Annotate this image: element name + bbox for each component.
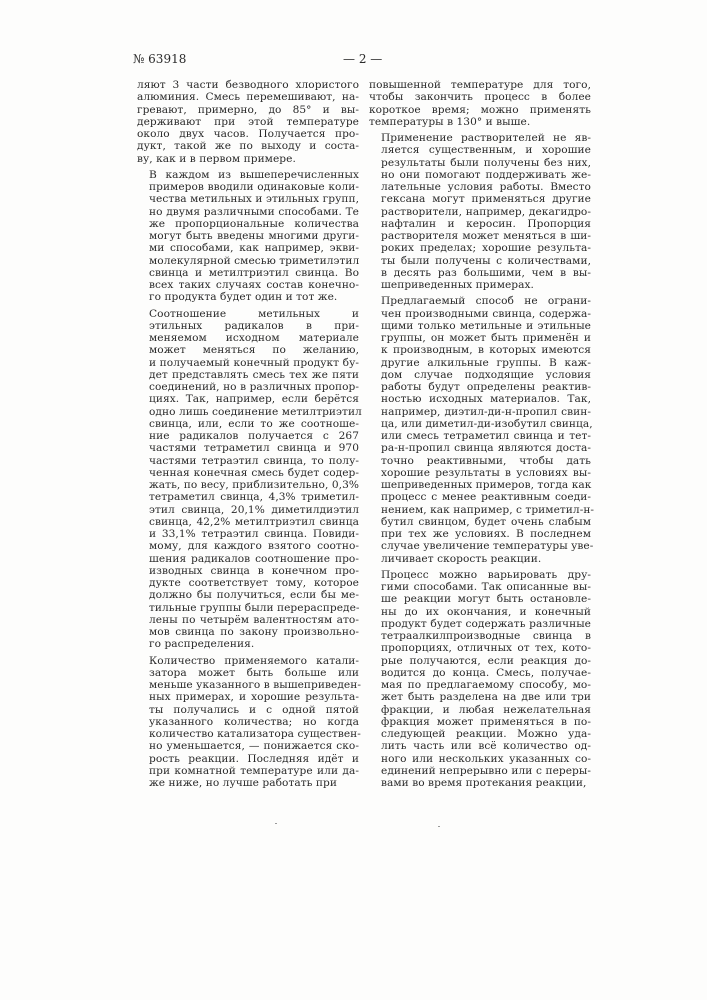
text-line: тильные группы были перераспреде- (137, 602, 359, 614)
text-line: свинца, 42,2% метилтриэтил свинца (137, 516, 359, 528)
text-line: Предлагаемый способ не ограни- (369, 295, 591, 307)
text-line: щими только метильные и этильные (369, 320, 591, 332)
text-line: частями тетраметил свинца и 970 (137, 442, 359, 454)
text-line: продукт будет содержать различные (369, 618, 591, 630)
text-line: тетраалкилпроизводные свинца в (369, 630, 591, 642)
text-line: дукте соответствует тому, которое (137, 577, 359, 589)
text-line: дет представлять смесь тех же пяти (137, 369, 359, 381)
text-line: но они помогают поддерживать же- (369, 169, 591, 181)
text-line: случае увеличение температуры уве- (369, 540, 591, 552)
text-line: личивает скорость реакции. (369, 553, 591, 565)
text-line: к производным, в которых имеются (369, 344, 591, 356)
text-line: мая по предлагаемому способу, мо- (369, 679, 591, 691)
text-line: работы будут определены реактив- (369, 381, 591, 393)
text-line: процесс с менее реактивным соеди- (369, 491, 591, 503)
text-line: меняемом исходном материале (137, 332, 359, 344)
paragraph: ляют 3 части безводного хлористогоалюмин… (137, 79, 359, 165)
text-line: ны до их окончания, и конечный (369, 606, 591, 618)
text-line: могут быть введены многими други- (137, 230, 359, 242)
text-line: ву, как и в первом примере. (137, 153, 359, 165)
text-line: температуры в 130° и выше. (369, 116, 591, 128)
scan-speck (275, 823, 277, 824)
text-line: количество катализатора существен- (137, 728, 359, 740)
text-line: этил свинца, 20,1% диметилдиэтил (137, 504, 359, 516)
document-page: № 63918 — 2 — ляют 3 части безводного хл… (0, 0, 707, 1000)
text-line: ми способами, как например, экви- (137, 242, 359, 254)
paragraph: Количество применяемого катали-затора мо… (137, 655, 359, 790)
text-line: нением, как например, с триметил-н- (369, 504, 591, 516)
text-line: же пропорциональные количества (137, 218, 359, 230)
text-line: затора может быть больше или (137, 667, 359, 679)
text-line: единений непрерывно или с переры- (369, 765, 591, 777)
text-line: фракция может применяться в по- (369, 716, 591, 728)
paragraph: В каждом из вышеперечисленныхпримеров вв… (137, 169, 359, 304)
text-line: ние радикалов получается с 267 (137, 430, 359, 442)
text-line: бутил свинцом, будет очень слабым (369, 516, 591, 528)
text-line: частями тетраэтил свинца, то полу- (137, 455, 359, 467)
page-number: — 2 — (343, 52, 382, 66)
text-line: лательные условия работы. Вместо (369, 181, 591, 193)
text-line: нафталин и керосин. Пропорция (369, 218, 591, 230)
text-line: чества метильных и этильных групп, (137, 193, 359, 205)
paragraph: Процесс можно варьировать дру-гими спосо… (369, 569, 591, 790)
text-line: молекулярной смесью триметилэтил (137, 255, 359, 267)
text-line: но уменьшается, — понижается ско- (137, 740, 359, 752)
text-line: Соотношение метильных и (137, 308, 359, 320)
text-line: должно бы получиться, если бы ме- (137, 589, 359, 601)
text-line: чен производными свинца, содержа- (369, 308, 591, 320)
text-line: мов свинца по закону произвольно- (137, 626, 359, 638)
paragraph: Предлагаемый способ не ограни-чен произв… (369, 295, 591, 565)
text-line: ляется существенным, и хорошие (369, 144, 591, 156)
text-line: гими способами. Так описанные вы- (369, 581, 591, 593)
text-line: шеприведенных примеров, тогда как (369, 479, 591, 491)
text-line: точно реактивными, чтобы дать (369, 455, 591, 467)
text-line: например, диэтил-ди-н-пропил свин- (369, 406, 591, 418)
text-line: примеров вводили одинаковые коли- (137, 181, 359, 193)
text-line: одно лишь соединение метилтриэтил (137, 406, 359, 418)
text-line: меньше указанного в вышеприведен- (137, 679, 359, 691)
text-line: ше реакции могут быть остановле- (369, 593, 591, 605)
text-line: другие алкильные группы. В каж- (369, 357, 591, 369)
text-line: гексана могут применяться другие (369, 193, 591, 205)
page-header: № 63918 — 2 — (133, 52, 603, 72)
text-line: ра-н-пропил свинца являются доста- (369, 442, 591, 454)
text-line: ностью исходных материалов. Так, (369, 393, 591, 405)
text-line: растворители, например, декагидро- (369, 206, 591, 218)
text-line: и 33,1% тетраэтил свинца. Повиди- (137, 528, 359, 540)
text-line: лены по четырём валентностям ато- (137, 614, 359, 626)
text-line: водится до конца. Смесь, получае- (369, 667, 591, 679)
text-line: тетраметил свинца, 4,3% триметил- (137, 491, 359, 503)
right-text-column: повышенной температуре для того,чтобы за… (369, 79, 591, 789)
text-line: повышенной температуре для того, (369, 79, 591, 91)
text-line: но двумя различными способами. Те (137, 206, 359, 218)
text-line: ты получались и с одной пятой (137, 704, 359, 716)
text-line: шения радикалов соотношение про- (137, 553, 359, 565)
text-line: дукт, такой же по выходу и соста- (137, 140, 359, 152)
text-line: вами во время протекания реакции, (369, 777, 591, 789)
text-line: ляют 3 части безводного хлористого (137, 79, 359, 91)
text-line: держивают при этой температуре (137, 116, 359, 128)
text-line: шеприведенных примерах. (369, 279, 591, 291)
paragraph: Применение растворителей не яв-ляется су… (369, 132, 591, 291)
text-line: или смесь тетраметил свинца и тет- (369, 430, 591, 442)
left-text-column: ляют 3 части безводного хлористогоалюмин… (137, 79, 359, 789)
text-line: Применение растворителей не яв- (369, 132, 591, 144)
text-line: может меняться по желанию, (137, 344, 359, 356)
paragraph: Соотношение метильных иэтильных радикало… (137, 308, 359, 651)
text-line: ца, или диметил-ди-изобутил свинца, (369, 418, 591, 430)
text-line: ного или нескольких указанных со- (369, 753, 591, 765)
text-line: мому, для каждого взятого соотно- (137, 540, 359, 552)
text-line: около двух часов. Получается про- (137, 128, 359, 140)
text-line: же ниже, но лучше работать при (137, 777, 359, 789)
text-line: го продукта будет один и тот же. (137, 291, 359, 303)
text-line: хорошие результаты в условиях вы- (369, 467, 591, 479)
text-line: пропорциях, отличных от тех, кото- (369, 642, 591, 654)
text-line: гревают, примерно, до 85° и вы- (137, 104, 359, 116)
text-line: короткое время; можно применять (369, 104, 591, 116)
text-line: циях. Так, например, если берётся (137, 393, 359, 405)
text-line: алюминия. Смесь перемешивают, на- (137, 91, 359, 103)
text-line: всех таких случаях состав конечно- (137, 279, 359, 291)
text-line: свинца и метилтриэтил свинца. Во (137, 267, 359, 279)
text-line: рость реакции. Последняя идёт и (137, 753, 359, 765)
patent-number: № 63918 (133, 52, 186, 66)
paragraph: повышенной температуре для того,чтобы за… (369, 79, 591, 128)
text-line: свинца, или, если то же соотноше- (137, 418, 359, 430)
text-line: фракции, и любая нежелательная (369, 704, 591, 716)
text-line: этильных радикалов в при- (137, 320, 359, 332)
text-line: следующей реакции. Можно уда- (369, 728, 591, 740)
text-line: ных примерах, и хорошие результа- (137, 691, 359, 703)
text-line: ты были получены с количествами, (369, 255, 591, 267)
text-line: лить часть или всё количество од- (369, 740, 591, 752)
text-line: растворителя может меняться в ши- (369, 230, 591, 242)
text-line: при комнатной температуре или да- (137, 765, 359, 777)
text-line: при тех же условиях. В последнем (369, 528, 591, 540)
text-line: Количество применяемого катали- (137, 655, 359, 667)
text-line: чтобы закончить процесс в более (369, 91, 591, 103)
scan-speck (438, 826, 440, 827)
text-line: жать, по весу, приблизительно, 0,3% (137, 479, 359, 491)
text-line: роких пределах; хорошие результа- (369, 242, 591, 254)
text-line: ченная конечная смесь будет содер- (137, 467, 359, 479)
text-line: указанного количества; но когда (137, 716, 359, 728)
text-line: рые получаются, если реакция до- (369, 655, 591, 667)
text-line: жет быть разделена на две или три (369, 691, 591, 703)
text-line: и получаемый конечный продукт бу- (137, 357, 359, 369)
text-line: дом случае подходящие условия (369, 369, 591, 381)
text-line: В каждом из вышеперечисленных (137, 169, 359, 181)
text-line: изводных свинца в конечном про- (137, 565, 359, 577)
text-line: результаты были получены без них, (369, 157, 591, 169)
text-line: группы, он может быть применён и (369, 332, 591, 344)
text-line: в десять раз большими, чем в вы- (369, 267, 591, 279)
text-line: Процесс можно варьировать дру- (369, 569, 591, 581)
text-line: соединений, но в различных пропор- (137, 381, 359, 393)
text-line: го распределения. (137, 638, 359, 650)
